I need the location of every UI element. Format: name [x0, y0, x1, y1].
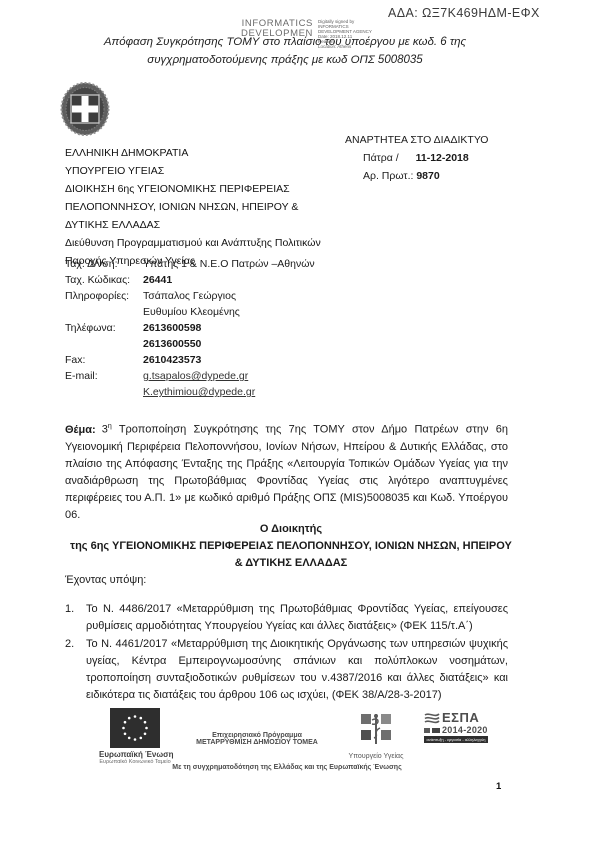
agency-line-administration: ΔΙΟΙΚΗΣΗ 6ης ΥΓΕΙΟΝΟΜΙΚΗΣ ΠΕΡΙΦΕΡΕΙΑΣ — [65, 180, 321, 198]
contact-label: Ταχ. Δ/νση: — [65, 256, 143, 272]
contact-value: Ευθυμίου Κλεομένης — [143, 304, 240, 320]
place-date-line: Πάτρα / 11-12-2018 — [345, 149, 488, 167]
espa-years: 2014-2020 — [442, 725, 488, 735]
contact-label — [65, 336, 143, 352]
contact-row-postcode: Ταχ. Κώδικας: 26441 — [65, 272, 315, 288]
digital-signature-stamp: INFORMATICS DEVELOPMEN Digitally signed … — [241, 19, 372, 49]
contact-label: Πληροφορίες: — [65, 288, 143, 304]
espa-tagline: ανάπτυξη - εργασία - αλληλεγγύη — [424, 736, 488, 743]
list-item: 1. Το Ν. 4486/2017 «Μεταρρύθμιση της Πρω… — [65, 601, 508, 635]
contact-label — [65, 304, 143, 320]
list-item-text: Το Ν. 4486/2017 «Μεταρρύθμιση της Πρωτοβ… — [86, 601, 508, 635]
cofinancing-note: Με τη συγχρηματοδότηση της Ελλάδας και τ… — [137, 764, 437, 771]
contact-value: Τσάπαλος Γεώργιος — [143, 288, 236, 304]
contact-row-info1: Πληροφορίες: Τσάπαλος Γεώργιος — [65, 288, 315, 304]
espa-flag-square — [432, 728, 440, 733]
list-item: 2. Το Ν. 4461/2017 «Μεταρρύθμιση της Διο… — [65, 636, 508, 704]
stamp-agency-line2: DEVELOPMEN — [241, 29, 313, 39]
agency-line-republic: ΕΛΛΗΝΙΚΗ ΔΗΜΟΚΡΑΤΙΑ — [65, 144, 321, 162]
list-item-text: Το Ν. 4461/2017 «Μεταρρύθμιση της Διοικη… — [86, 636, 508, 704]
decision-heading-line3: & ΔΥΤΙΚΗΣ ΕΛΛΑΔΑΣ — [60, 555, 522, 572]
ministry-of-health-block: Υπουργείο Υγείας — [344, 712, 408, 760]
subject-paragraph: Θέμα:3η Τροποποίηση Συγκρότησης της 7ης … — [65, 418, 508, 524]
protocol-line: Αρ. Πρωτ.: 9870 — [345, 167, 488, 185]
decision-heading-line1: Ο Διοικητής — [60, 521, 522, 538]
ministry-of-health-icon — [357, 712, 395, 746]
subject-text: Τροποποίηση Συγκρότησης της 7ης ΤΟΜΥ στο… — [65, 424, 508, 521]
contact-label: Τηλέφωνα: — [65, 320, 143, 336]
contact-row-email2: K.eythimiou@dypede.gr — [65, 384, 315, 400]
espa-logo-block: ΕΣΠΑ 2014-2020 ανάπτυξη - εργασία - αλλη… — [424, 710, 488, 743]
eu-flag-icon — [110, 708, 160, 748]
protocol-label: Αρ. Πρωτ.: — [363, 170, 413, 182]
espa-flag-square — [424, 728, 430, 733]
contact-row-phone1: Τηλέφωνα: 2613600598 — [65, 320, 315, 336]
contact-label — [65, 384, 143, 400]
stamp-signature-details: Digitally signed by INFORMATICS DEVELOPM… — [318, 19, 372, 49]
contact-label: Fax: — [65, 352, 143, 368]
ministry-caption: Υπουργείο Υγείας — [344, 753, 408, 760]
stamp-agency-name: INFORMATICS DEVELOPMEN — [241, 19, 313, 49]
protocol-number: 9870 — [416, 170, 439, 182]
greek-coat-of-arms-icon — [60, 82, 110, 136]
contact-row-email1: E-mail: g.tsapalos@dypede.gr — [65, 368, 315, 384]
contact-label: Ταχ. Κώδικας: — [65, 272, 143, 288]
decision-heading: Ο Διοικητής της 6ης ΥΓΕΙΟΝΟΜΙΚΗΣ ΠΕΡΙΦΕΡ… — [60, 521, 522, 572]
protocol-block: ΑΝΑΡΤΗΤΕΑ ΣΤΟ ΔΙΑΔΙΚΤΥΟ Πάτρα / 11-12-20… — [345, 131, 488, 185]
agency-line-region1: ΠΕΛΟΠΟΝΝΗΣΟΥ, ΙΟΝΙΩΝ ΝΗΣΩΝ, ΗΠΕΙΡΟΥ & — [65, 198, 321, 216]
stamp-detail-line: Location: Athens — [318, 44, 372, 49]
contact-details: Ταχ. Δ/νση: Υπάτης 1 & Ν.Ε.Ο Πατρών –Αθη… — [65, 256, 315, 400]
agency-line-directorate1: Διεύθυνση Προγραμματισμού και Ανάπτυξης … — [65, 234, 321, 252]
agency-header: ΕΛΛΗΝΙΚΗ ΔΗΜΟΚΡΑΤΙΑ ΥΠΟΥΡΓΕΙΟ ΥΓΕΙΑΣ ΔΙΟ… — [65, 144, 321, 270]
agency-line-ministry: ΥΠΟΥΡΓΕΙΟ ΥΓΕΙΑΣ — [65, 162, 321, 180]
legal-references-list: 1. Το Ν. 4486/2017 «Μεταρρύθμιση της Πρω… — [65, 601, 508, 705]
espa-top-row: ΕΣΠΑ — [424, 710, 488, 725]
program-line1: Επιχειρησιακό Πρόγραμμα — [187, 732, 327, 739]
contact-value: Υπάτης 1 & Ν.Ε.Ο Πατρών –Αθηνών — [143, 256, 315, 272]
ada-code: ΑΔΑ: ΩΞ7Κ469ΗΔΜ-ΕΦΧ — [388, 6, 540, 20]
espa-title: ΕΣΠΑ — [442, 710, 479, 725]
page-number: 1 — [496, 781, 501, 792]
contact-label: E-mail: — [65, 368, 143, 384]
agency-line-region2: ΔΥΤΙΚΗΣ ΕΛΛΑΔΑΣ — [65, 216, 321, 234]
subject-label: Θέμα: — [65, 424, 96, 436]
email-link[interactable]: g.tsapalos@dypede.gr — [143, 368, 248, 384]
espa-waves-icon — [424, 712, 440, 724]
contact-row-phone2: 2613600550 — [65, 336, 315, 352]
document-date: 11-12-2018 — [416, 152, 469, 164]
footer-logos: Ευρωπαϊκή Ένωση Ευρωπαϊκό Κοινωνικό Ταμε… — [0, 700, 595, 790]
contact-value: 2613600550 — [143, 336, 201, 352]
operational-program-block: Επιχειρησιακό Πρόγραμμα ΜΕΤΑΡΡΥΘΜΙΣΗ ΔΗΜ… — [187, 732, 327, 746]
list-item-number: 2. — [65, 636, 86, 704]
program-line2: ΜΕΤΑΡΡΥΘΜΙΣΗ ΔΗΜΟΣΙΟΥ ΤΟΜΕΑ — [187, 739, 327, 746]
email-link[interactable]: K.eythimiou@dypede.gr — [143, 384, 255, 400]
espa-years-row: 2014-2020 — [424, 725, 488, 735]
contact-value: 2610423573 — [143, 352, 201, 368]
document-page: ΑΔΑ: ΩΞ7Κ469ΗΔΜ-ΕΦΧ INFORMATICS DEVELOPM… — [0, 0, 595, 842]
list-item-number: 1. — [65, 601, 86, 635]
contact-row-fax: Fax: 2610423573 — [65, 352, 315, 368]
contact-value: 26441 — [143, 272, 172, 288]
document-title-line2: συγχρηματοδοτούμενης πράξης με κωδ ΟΠΣ 5… — [70, 51, 500, 69]
eu-logo-block: Ευρωπαϊκή Ένωση Ευρωπαϊκό Κοινωνικό Ταμε… — [99, 708, 171, 765]
publish-notice: ΑΝΑΡΤΗΤΕΑ ΣΤΟ ΔΙΑΔΙΚΤΥΟ — [345, 131, 488, 149]
contact-row-address: Ταχ. Δ/νση: Υπάτης 1 & Ν.Ε.Ο Πατρών –Αθη… — [65, 256, 315, 272]
contact-row-info2: Ευθυμίου Κλεομένης — [65, 304, 315, 320]
decision-heading-line2: της 6ης ΥΓΕΙΟΝΟΜΙΚΗΣ ΠΕΡΙΦΕΡΕΙΑΣ ΠΕΛΟΠΟΝ… — [60, 538, 522, 555]
eu-logo-title: Ευρωπαϊκή Ένωση — [99, 750, 171, 759]
contact-value: 2613600598 — [143, 320, 201, 336]
considering-label: Έχοντας υπόψη: — [65, 574, 146, 586]
place-label: Πάτρα / — [363, 152, 399, 164]
